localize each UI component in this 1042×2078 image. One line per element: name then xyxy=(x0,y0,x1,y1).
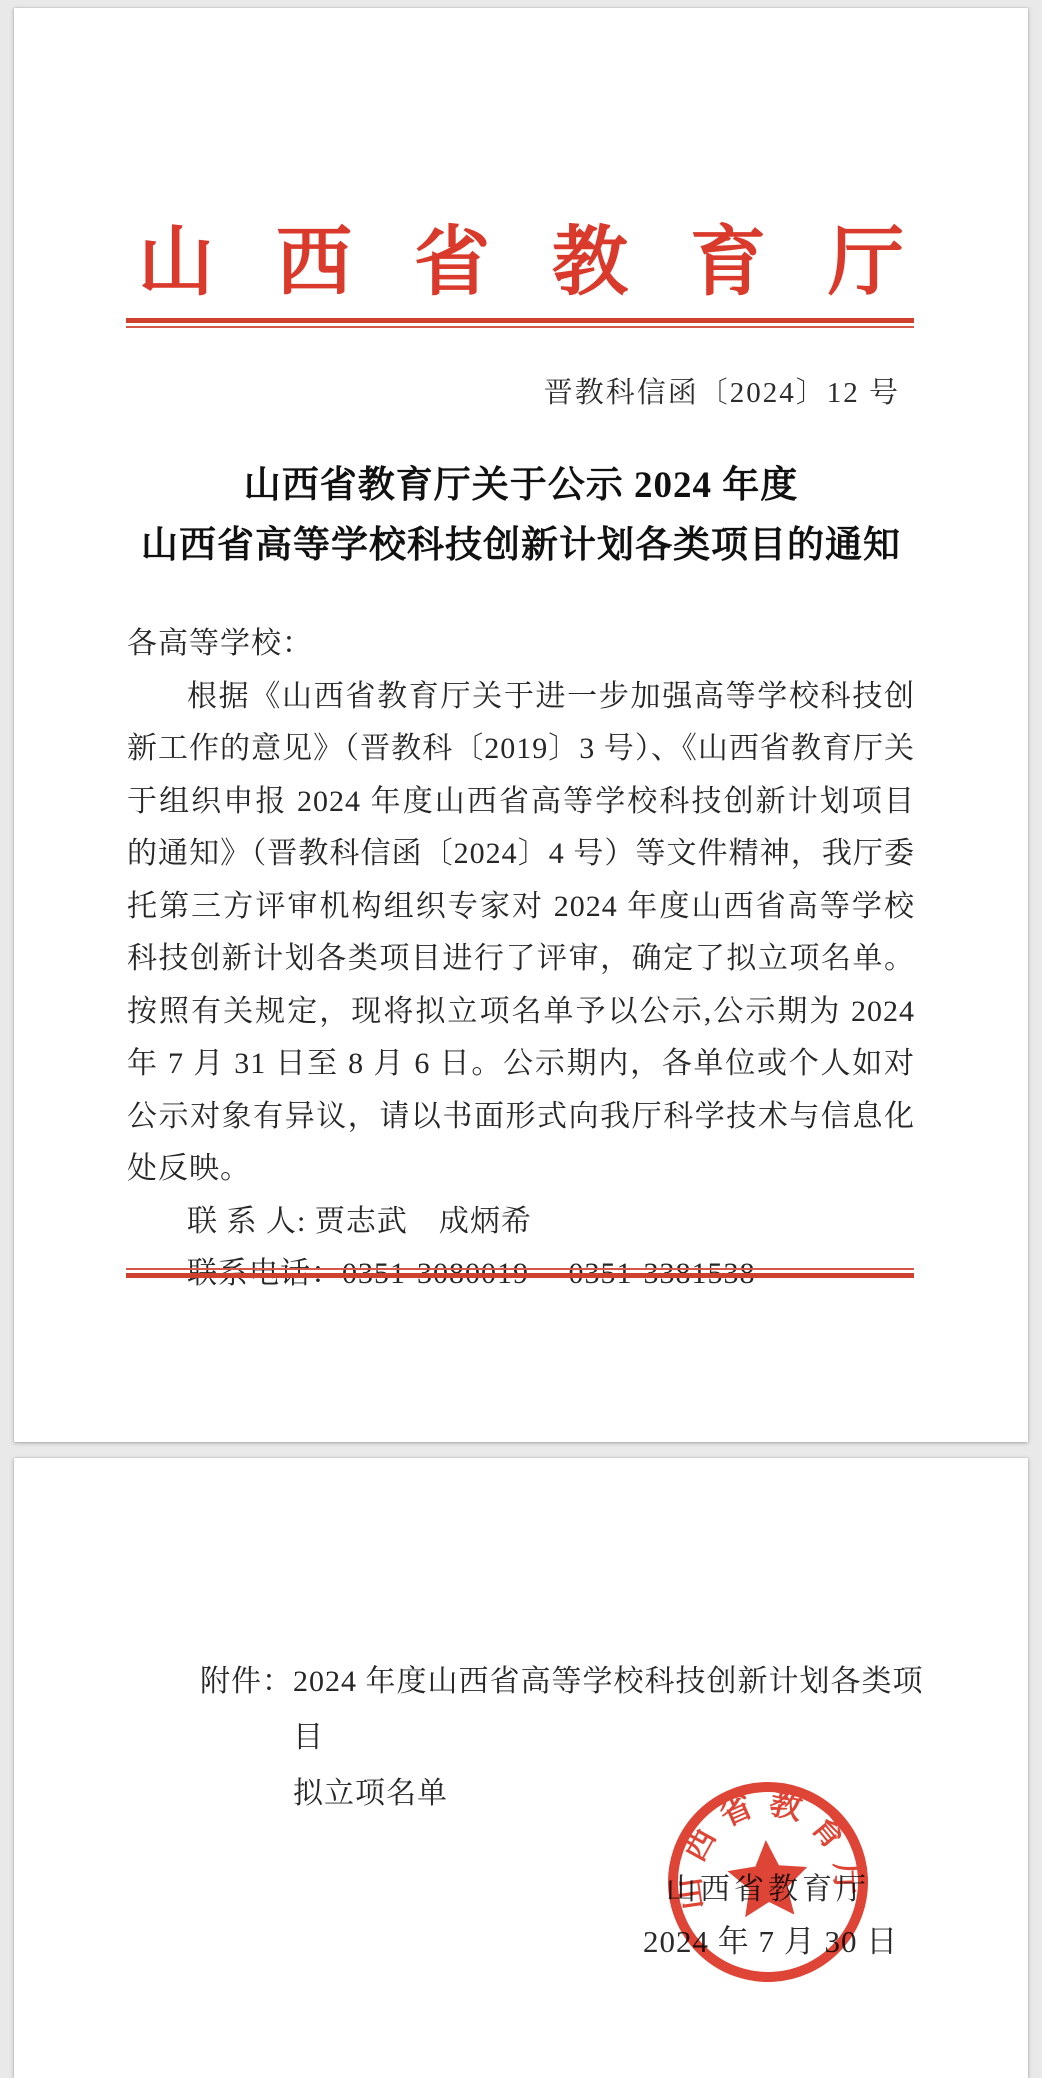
seal-star-icon xyxy=(726,1838,810,1918)
document-number: 晋教科信函〔2024〕12 号 xyxy=(544,370,900,411)
document-page-1: 山西省教育厅 晋教科信函〔2024〕12 号 山西省教育厅关于公示 2024 年… xyxy=(14,8,1028,1442)
official-seal-stamp-icon: 山西省教育厅 xyxy=(657,1771,880,1994)
rule-thick-line xyxy=(126,1273,914,1278)
document-title-line2: 山西省高等学校科技创新计划各类项目的通知 xyxy=(14,516,1028,576)
footer-double-rule xyxy=(126,1268,914,1280)
header-double-rule xyxy=(126,318,914,330)
document-body: 各高等学校： 根据《山西省教育厅关于进一步加强高等学校科技创新工作的意见》（晋教… xyxy=(127,618,915,1301)
salutation: 各高等学校： xyxy=(127,618,915,671)
org-header-title: 山西省教育厅 xyxy=(14,220,1028,307)
body-paragraph: 根据《山西省教育厅关于进一步加强高等学校科技创新工作的意见》（晋教科〔2019〕… xyxy=(127,671,915,1196)
signature-area: 山西省教育厅 2024 年 7 月 30 日 山西省教育厅 xyxy=(14,1458,1028,2078)
rule-thin-line xyxy=(126,1268,914,1270)
rule-thin-line xyxy=(126,326,914,328)
rule-thick-line xyxy=(126,318,914,323)
contact-person-line: 联 系 人: 贾志武 成炳希 xyxy=(127,1196,915,1249)
document-page-2: 附件： 2024 年度山西省高等学校科技创新计划各类项目 拟立项名单 山西省教育… xyxy=(14,1458,1028,2078)
document-title: 山西省教育厅关于公示 2024 年度 山西省高等学校科技创新计划各类项目的通知 xyxy=(14,456,1028,576)
document-title-line1: 山西省教育厅关于公示 2024 年度 xyxy=(14,456,1028,516)
